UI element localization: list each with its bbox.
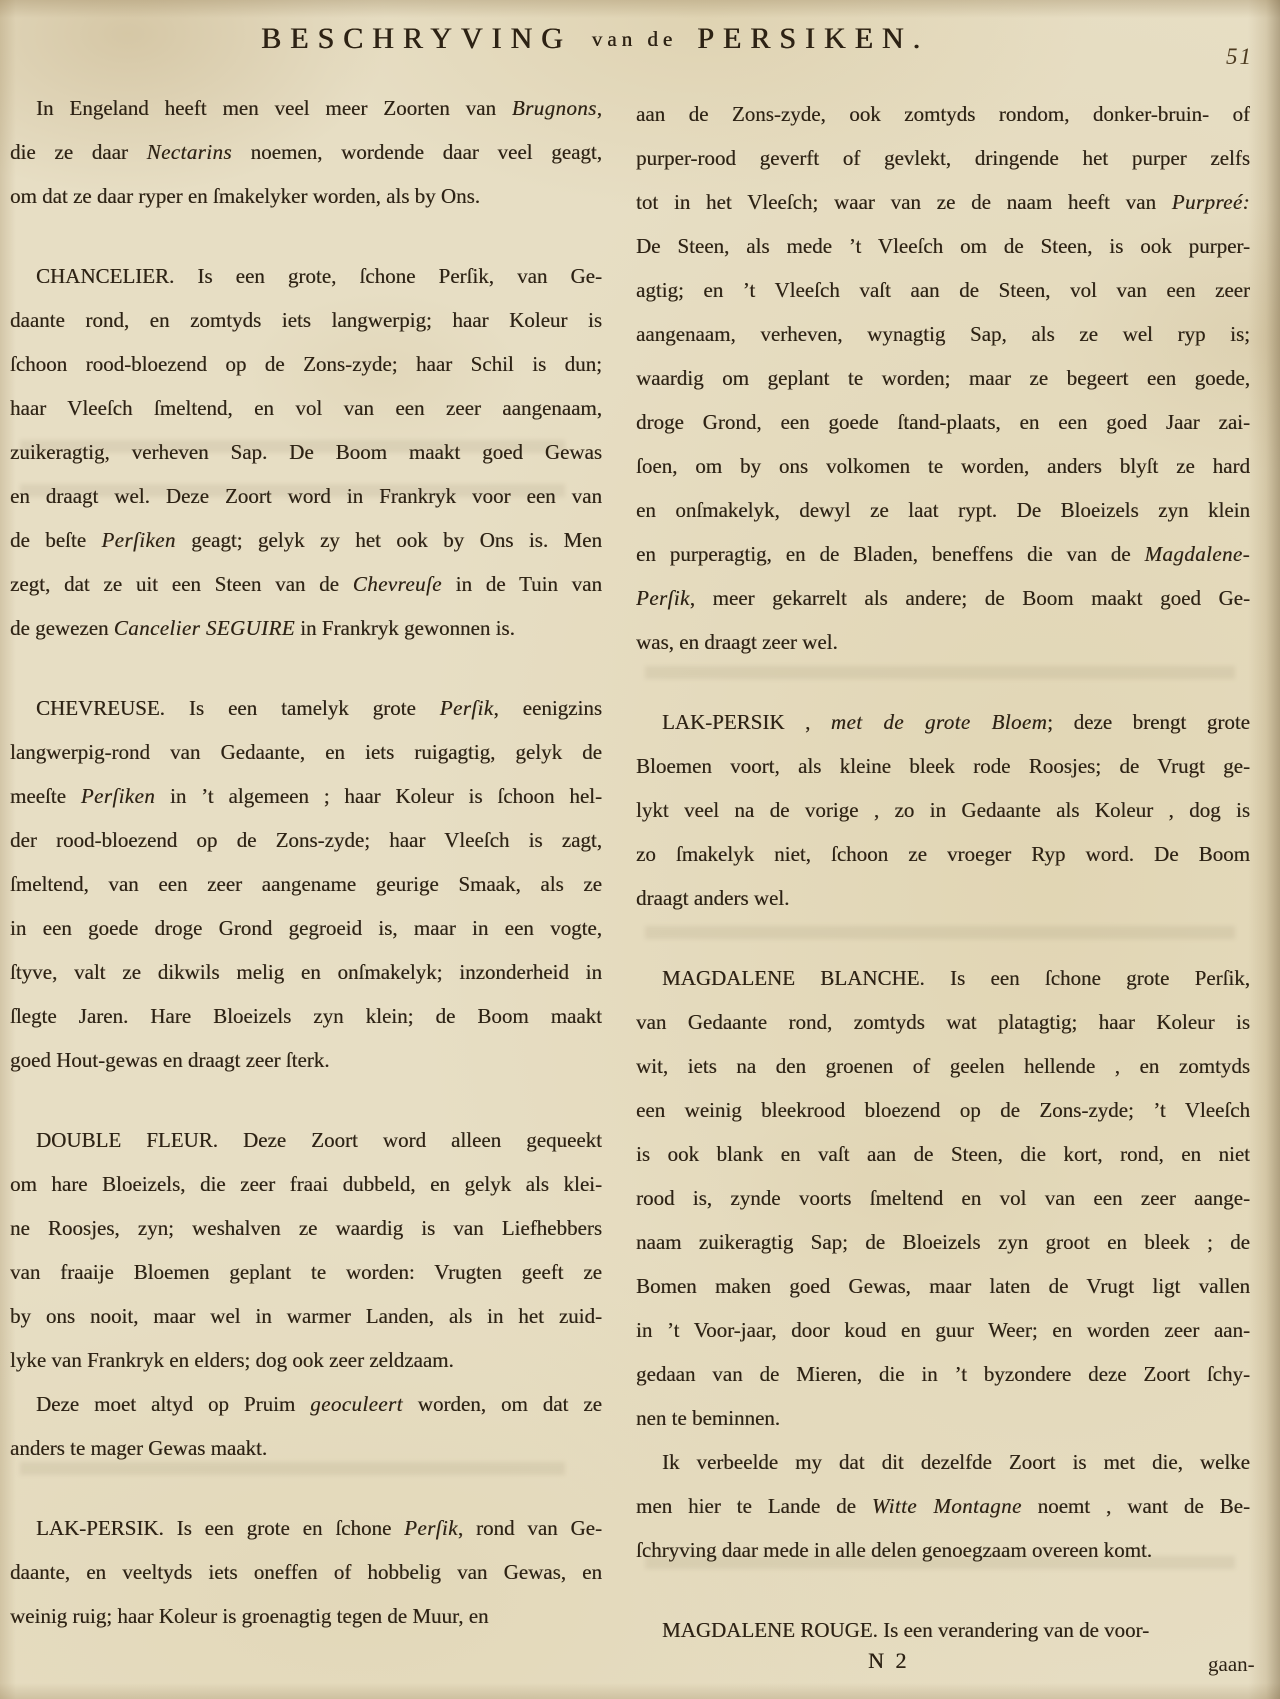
text-line: men hier te Lande de Witte Montagne noem… bbox=[636, 1484, 1250, 1528]
text-line: om dat ze daar ryper en ſmakelyker worde… bbox=[10, 174, 602, 218]
text-line: zuikeragtig, verheven Sap. De Boom maakt… bbox=[10, 430, 602, 474]
text-line: weinig ruig; haar Koleur is groenagtig t… bbox=[10, 1594, 602, 1638]
text-line: aangenaam, verheven, wynagtig Sap, als z… bbox=[636, 312, 1250, 356]
text-line: was, en draagt zeer wel. bbox=[636, 620, 1250, 664]
text-line: rood is, zynde voorts ſmeltend en vol va… bbox=[636, 1176, 1250, 1220]
text-line: zo ſmakelyk niet, ſchoon ze vroeger Ryp … bbox=[636, 832, 1250, 876]
text-line: daante, en veeltyds iets oneffen of hobb… bbox=[10, 1550, 602, 1594]
text-line: is ook blank en vaſt aan de Steen, die k… bbox=[636, 1132, 1250, 1176]
text-line: by ons nooit, maar wel in warmer Landen,… bbox=[10, 1294, 602, 1338]
text-line: ſtyve, valt ze dikwils melig en onſmakel… bbox=[10, 950, 602, 994]
text-line: goed Hout-gewas en draagt zeer ſterk. bbox=[10, 1038, 602, 1082]
text-line: purper-rood geverft of gevlekt, dringend… bbox=[636, 136, 1250, 180]
text-line: in ’t Voor-jaar, door koud en guur Weer;… bbox=[636, 1308, 1250, 1352]
paragraph: In Engeland heeft men veel meer Zoorten … bbox=[10, 86, 602, 218]
text-line: naam zuikeragtig Sap; de Bloeizels zyn g… bbox=[636, 1220, 1250, 1264]
text-line: MAGDALENE BLANCHE. Is een ſchone grote P… bbox=[636, 956, 1250, 1000]
text-line: tot in het Vleeſch; waar van ze de naam … bbox=[636, 180, 1250, 224]
paragraph: Ik verbeelde my dat dit dezelfde Zoort i… bbox=[636, 1440, 1250, 1572]
text-line: ne Roosjes, zyn; weshalven ze waardig is… bbox=[10, 1206, 602, 1250]
paragraph: DOUBLE FLEUR. Deze Zoort word alleen geq… bbox=[10, 1118, 602, 1382]
text-line: gedaan van de Mieren, die in ’t byzonder… bbox=[636, 1352, 1250, 1396]
text-line: agtig; en ’t Vleeſch vaſt aan de Steen, … bbox=[636, 268, 1250, 312]
text-line: en onſmakelyk, dewyl ze laat rypt. De Bl… bbox=[636, 488, 1250, 532]
text-line: CHANCELIER. Is een grote, ſchone Perſik,… bbox=[10, 254, 602, 298]
text-line: droge Grond, een goede ſtand-plaats, en … bbox=[636, 400, 1250, 444]
text-line: ſmeltend, van een zeer aangename geurige… bbox=[10, 862, 602, 906]
text-line: een weinig bleekrood bloezend op de Zons… bbox=[636, 1088, 1250, 1132]
paragraph: LAK-PERSIK , met de grote Bloem; deze br… bbox=[636, 700, 1250, 920]
text-line: lykt veel na de vorige , zo in Gedaante … bbox=[636, 788, 1250, 832]
text-line: anders te mager Gewas maakt. bbox=[10, 1426, 602, 1470]
text-line: Ik verbeelde my dat dit dezelfde Zoort i… bbox=[636, 1440, 1250, 1484]
text-line: Deze moet altyd op Pruim geoculeert word… bbox=[10, 1382, 602, 1426]
running-title: BESCHRYVING van de PERSIKEN. bbox=[0, 22, 1190, 56]
book-page: BESCHRYVING van de PERSIKEN. 51 In Engel… bbox=[0, 0, 1280, 1699]
text-line: waardig om geplant te worden; maar ze be… bbox=[636, 356, 1250, 400]
text-line: in een goede droge Grond gegroeid is, ma… bbox=[10, 906, 602, 950]
text-line: Bloemen voort, als kleine bleek rode Roo… bbox=[636, 744, 1250, 788]
text-line: lyke van Frankryk en elders; dog ook zee… bbox=[10, 1338, 602, 1382]
paragraph: MAGDALENE ROUGE. Is een verandering van … bbox=[636, 1608, 1250, 1652]
text-line: daante rond, en zomtyds iets langwerpig;… bbox=[10, 298, 602, 342]
text-line: die ze daar Nectarins noemen, wordende d… bbox=[10, 130, 602, 174]
signature-mark: N 2 bbox=[868, 1648, 909, 1674]
text-line: der rood-bloezend op de Zons-zyde; haar … bbox=[10, 818, 602, 862]
text-line: meeſte Perſiken in ’t algemeen ; haar Ko… bbox=[10, 774, 602, 818]
text-line: LAK-PERSIK , met de grote Bloem; deze br… bbox=[636, 700, 1250, 744]
text-line: van Gedaante rond, zomtyds wat platagtig… bbox=[636, 1000, 1250, 1044]
text-line: CHEVREUSE. Is een tamelyk grote Perſik, … bbox=[10, 686, 602, 730]
page-number: 51 bbox=[1226, 44, 1253, 70]
text-line: zegt, dat ze uit een Steen van de Chevre… bbox=[10, 562, 602, 606]
text-column-right: aan de Zons-zyde, ook zomtyds rondom, do… bbox=[636, 92, 1250, 1652]
running-title-connector: van de bbox=[592, 27, 677, 51]
paragraph: Deze moet altyd op Pruim geoculeert word… bbox=[10, 1382, 602, 1470]
text-line: ſchoon rood-bloezend op de Zons-zyde; ha… bbox=[10, 342, 602, 386]
text-line: In Engeland heeft men veel meer Zoorten … bbox=[10, 86, 602, 130]
text-line: de beſte Perſiken geagt; gelyk zy het oo… bbox=[10, 518, 602, 562]
text-line: MAGDALENE ROUGE. Is een verandering van … bbox=[636, 1608, 1250, 1652]
text-line: ſlegte Jaren. Hare Bloeizels zyn klein; … bbox=[10, 994, 602, 1038]
text-line: aan de Zons-zyde, ook zomtyds rondom, do… bbox=[636, 92, 1250, 136]
text-line: de gewezen Cancelier SEGUIRE in Frankryk… bbox=[10, 606, 602, 650]
running-title-word-2: PERSIKEN. bbox=[697, 22, 929, 55]
text-line: DOUBLE FLEUR. Deze Zoort word alleen geq… bbox=[10, 1118, 602, 1162]
text-line: en draagt wel. Deze Zoort word in Frankr… bbox=[10, 474, 602, 518]
text-line: LAK-PERSIK. Is een grote en ſchone Perſi… bbox=[10, 1506, 602, 1550]
text-line: nen te beminnen. bbox=[636, 1396, 1250, 1440]
text-line: om hare Bloeizels, die zeer fraai dubbel… bbox=[10, 1162, 602, 1206]
paragraph: MAGDALENE BLANCHE. Is een ſchone grote P… bbox=[636, 956, 1250, 1440]
text-line: wit, iets na den groenen of geelen helle… bbox=[636, 1044, 1250, 1088]
text-line: De Steen, als mede ’t Vleeſch om de Stee… bbox=[636, 224, 1250, 268]
paragraph: aan de Zons-zyde, ook zomtyds rondom, do… bbox=[636, 92, 1250, 664]
paragraph: CHANCELIER. Is een grote, ſchone Perſik,… bbox=[10, 254, 602, 650]
text-line: langwerpig-rond van Gedaante, en iets ru… bbox=[10, 730, 602, 774]
text-line: van fraaije Bloemen geplant te worden: V… bbox=[10, 1250, 602, 1294]
catchword: gaan- bbox=[1208, 1652, 1255, 1677]
text-line: ſoen, om by ons volkomen te worden, ande… bbox=[636, 444, 1250, 488]
paragraph: LAK-PERSIK. Is een grote en ſchone Perſi… bbox=[10, 1506, 602, 1638]
text-line: draagt anders wel. bbox=[636, 876, 1250, 920]
text-line: Perſik, meer gekarrelt als andere; de Bo… bbox=[636, 576, 1250, 620]
text-line: haar Vleeſch ſmeltend, en vol van een ze… bbox=[10, 386, 602, 430]
text-column-left: In Engeland heeft men veel meer Zoorten … bbox=[10, 86, 602, 1638]
paragraph: CHEVREUSE. Is een tamelyk grote Perſik, … bbox=[10, 686, 602, 1082]
text-line: en purperagtig, en de Bladen, beneffens … bbox=[636, 532, 1250, 576]
text-line: Bomen maken goed Gewas, maar laten de Vr… bbox=[636, 1264, 1250, 1308]
text-line: ſchryving daar mede in alle delen genoeg… bbox=[636, 1528, 1250, 1572]
running-title-word-1: BESCHRYVING bbox=[261, 22, 572, 55]
